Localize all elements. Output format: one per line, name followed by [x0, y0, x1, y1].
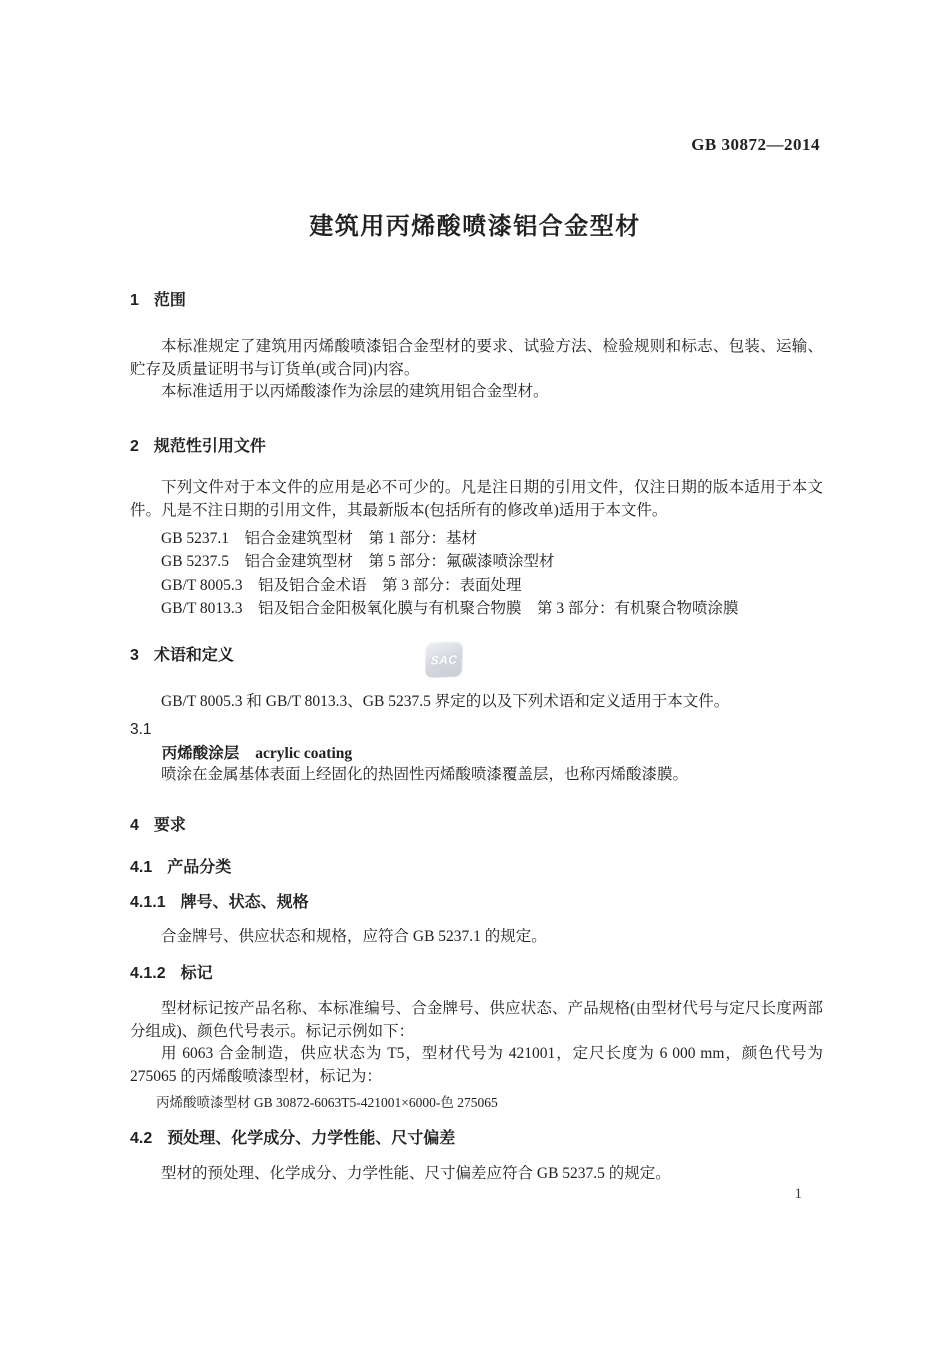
reference-item: GB/T 8005.3 铝及铝合金术语 第 3 部分：表面处理	[130, 574, 823, 597]
section-2-title: 规范性引用文件	[154, 438, 266, 455]
section-4-1-2-heading: 4.1.2标记	[130, 964, 823, 984]
page-title: 建筑用丙烯酸喷漆铝合金型材	[0, 206, 950, 241]
section-4-heading: 4要求	[130, 816, 823, 836]
clause-3-1-number: 3.1	[130, 720, 823, 740]
scope-paragraph-1: 本标准规定了建筑用丙烯酸喷漆铝合金型材的要求、试验方法、检验规则和标志、包装、运…	[130, 336, 823, 381]
references-list: GB 5237.1 铝合金建筑型材 第 1 部分：基材 GB 5237.5 铝合…	[130, 527, 823, 620]
section-1-heading: 1范围	[130, 291, 823, 311]
reference-item: GB 5237.1 铝合金建筑型材 第 1 部分：基材	[130, 527, 823, 550]
section-4-1-heading: 4.1产品分类	[130, 858, 823, 878]
scope-paragraph-2: 本标准适用于以丙烯酸漆作为涂层的建筑用铝合金型材。	[130, 381, 823, 404]
section-4-1-1-number: 4.1.1	[130, 894, 166, 911]
section-1-paragraphs: 本标准规定了建筑用丙烯酸喷漆铝合金型材的要求、试验方法、检验规则和标志、包装、运…	[130, 336, 823, 404]
section-4-1-number: 4.1	[130, 859, 152, 876]
section-4-1-title: 产品分类	[167, 859, 231, 876]
marking-example: 丙烯酸喷漆型材 GB 30872-6063T5-421001×6000-色 27…	[130, 1094, 849, 1112]
term-definition-block: 喷涂在金属基体表面上经固化的热固性丙烯酸喷漆覆盖层，也称丙烯酸漆膜。	[130, 764, 823, 787]
pretreatment-paragraph: 型材的预处理、化学成分、力学性能、尺寸偏差应符合 GB 5237.5 的规定。	[130, 1163, 823, 1186]
marking-rule-paragraph: 型材标记按产品名称、本标准编号、合金牌号、供应状态、产品规格(由型材代号与定尺长…	[130, 998, 823, 1043]
section-3-heading: 3术语和定义	[130, 646, 823, 666]
section-4-1-2-paragraphs: 型材标记按产品名称、本标准编号、合金牌号、供应状态、产品规格(由型材代号与定尺长…	[130, 998, 823, 1088]
page-number: 1	[795, 1186, 803, 1203]
section-4-2-number: 4.2	[130, 1130, 152, 1147]
section-4-title: 要求	[154, 817, 186, 834]
section-4-1-1-heading: 4.1.1牌号、状态、规格	[130, 893, 823, 913]
section-1-number: 1	[130, 292, 139, 309]
alloy-grade-paragraph: 合金牌号、供应状态和规格，应符合 GB 5237.1 的规定。	[130, 926, 823, 949]
references-intro-paragraph: 下列文件对于本文件的应用是必不可少的。凡是注日期的引用文件，仅注日期的版本适用于…	[130, 477, 823, 522]
section-4-1-1-title: 牌号、状态、规格	[181, 894, 309, 911]
term-entry: 丙烯酸涂层acrylic coating	[130, 743, 855, 764]
section-2-heading: 2规范性引用文件	[130, 437, 823, 457]
section-4-2-title: 预处理、化学成分、力学性能、尺寸偏差	[167, 1130, 455, 1147]
term-english: acrylic coating	[255, 745, 352, 762]
section-4-2-heading: 4.2预处理、化学成分、力学性能、尺寸偏差	[130, 1129, 823, 1149]
section-2-paragraphs: 下列文件对于本文件的应用是必不可少的。凡是注日期的引用文件，仅注日期的版本适用于…	[130, 477, 823, 522]
section-2-number: 2	[130, 438, 139, 455]
section-4-2-paragraphs: 型材的预处理、化学成分、力学性能、尺寸偏差应符合 GB 5237.5 的规定。	[130, 1163, 823, 1186]
section-4-1-2-number: 4.1.2	[130, 965, 166, 982]
section-3-number: 3	[130, 647, 139, 664]
section-4-number: 4	[130, 817, 139, 834]
standard-document-page: GB 30872—2014 建筑用丙烯酸喷漆铝合金型材 SAC 1范围 本标准规…	[0, 0, 950, 1345]
term-chinese: 丙烯酸涂层	[162, 745, 240, 762]
term-definition: 喷涂在金属基体表面上经固化的热固性丙烯酸喷漆覆盖层，也称丙烯酸漆膜。	[130, 764, 823, 787]
reference-item: GB/T 8013.3 铝及铝合金阳极氧化膜与有机聚合物膜 第 3 部分：有机聚…	[130, 597, 823, 620]
section-3-title: 术语和定义	[154, 647, 234, 664]
reference-item: GB 5237.5 铝合金建筑型材 第 5 部分：氟碳漆喷涂型材	[130, 550, 823, 573]
section-3-paragraphs: GB/T 8005.3 和 GB/T 8013.3、GB 5237.5 界定的以…	[130, 691, 823, 714]
section-4-1-2-title: 标记	[181, 965, 213, 982]
section-4-1-1-paragraphs: 合金牌号、供应状态和规格，应符合 GB 5237.1 的规定。	[130, 926, 823, 949]
marking-example-intro-paragraph: 用 6063 合金制造，供应状态为 T5，型材代号为 421001，定尺长度为 …	[130, 1043, 823, 1088]
terms-intro-paragraph: GB/T 8005.3 和 GB/T 8013.3、GB 5237.5 界定的以…	[130, 691, 823, 714]
section-1-title: 范围	[154, 292, 186, 309]
standard-code: GB 30872—2014	[691, 135, 820, 155]
